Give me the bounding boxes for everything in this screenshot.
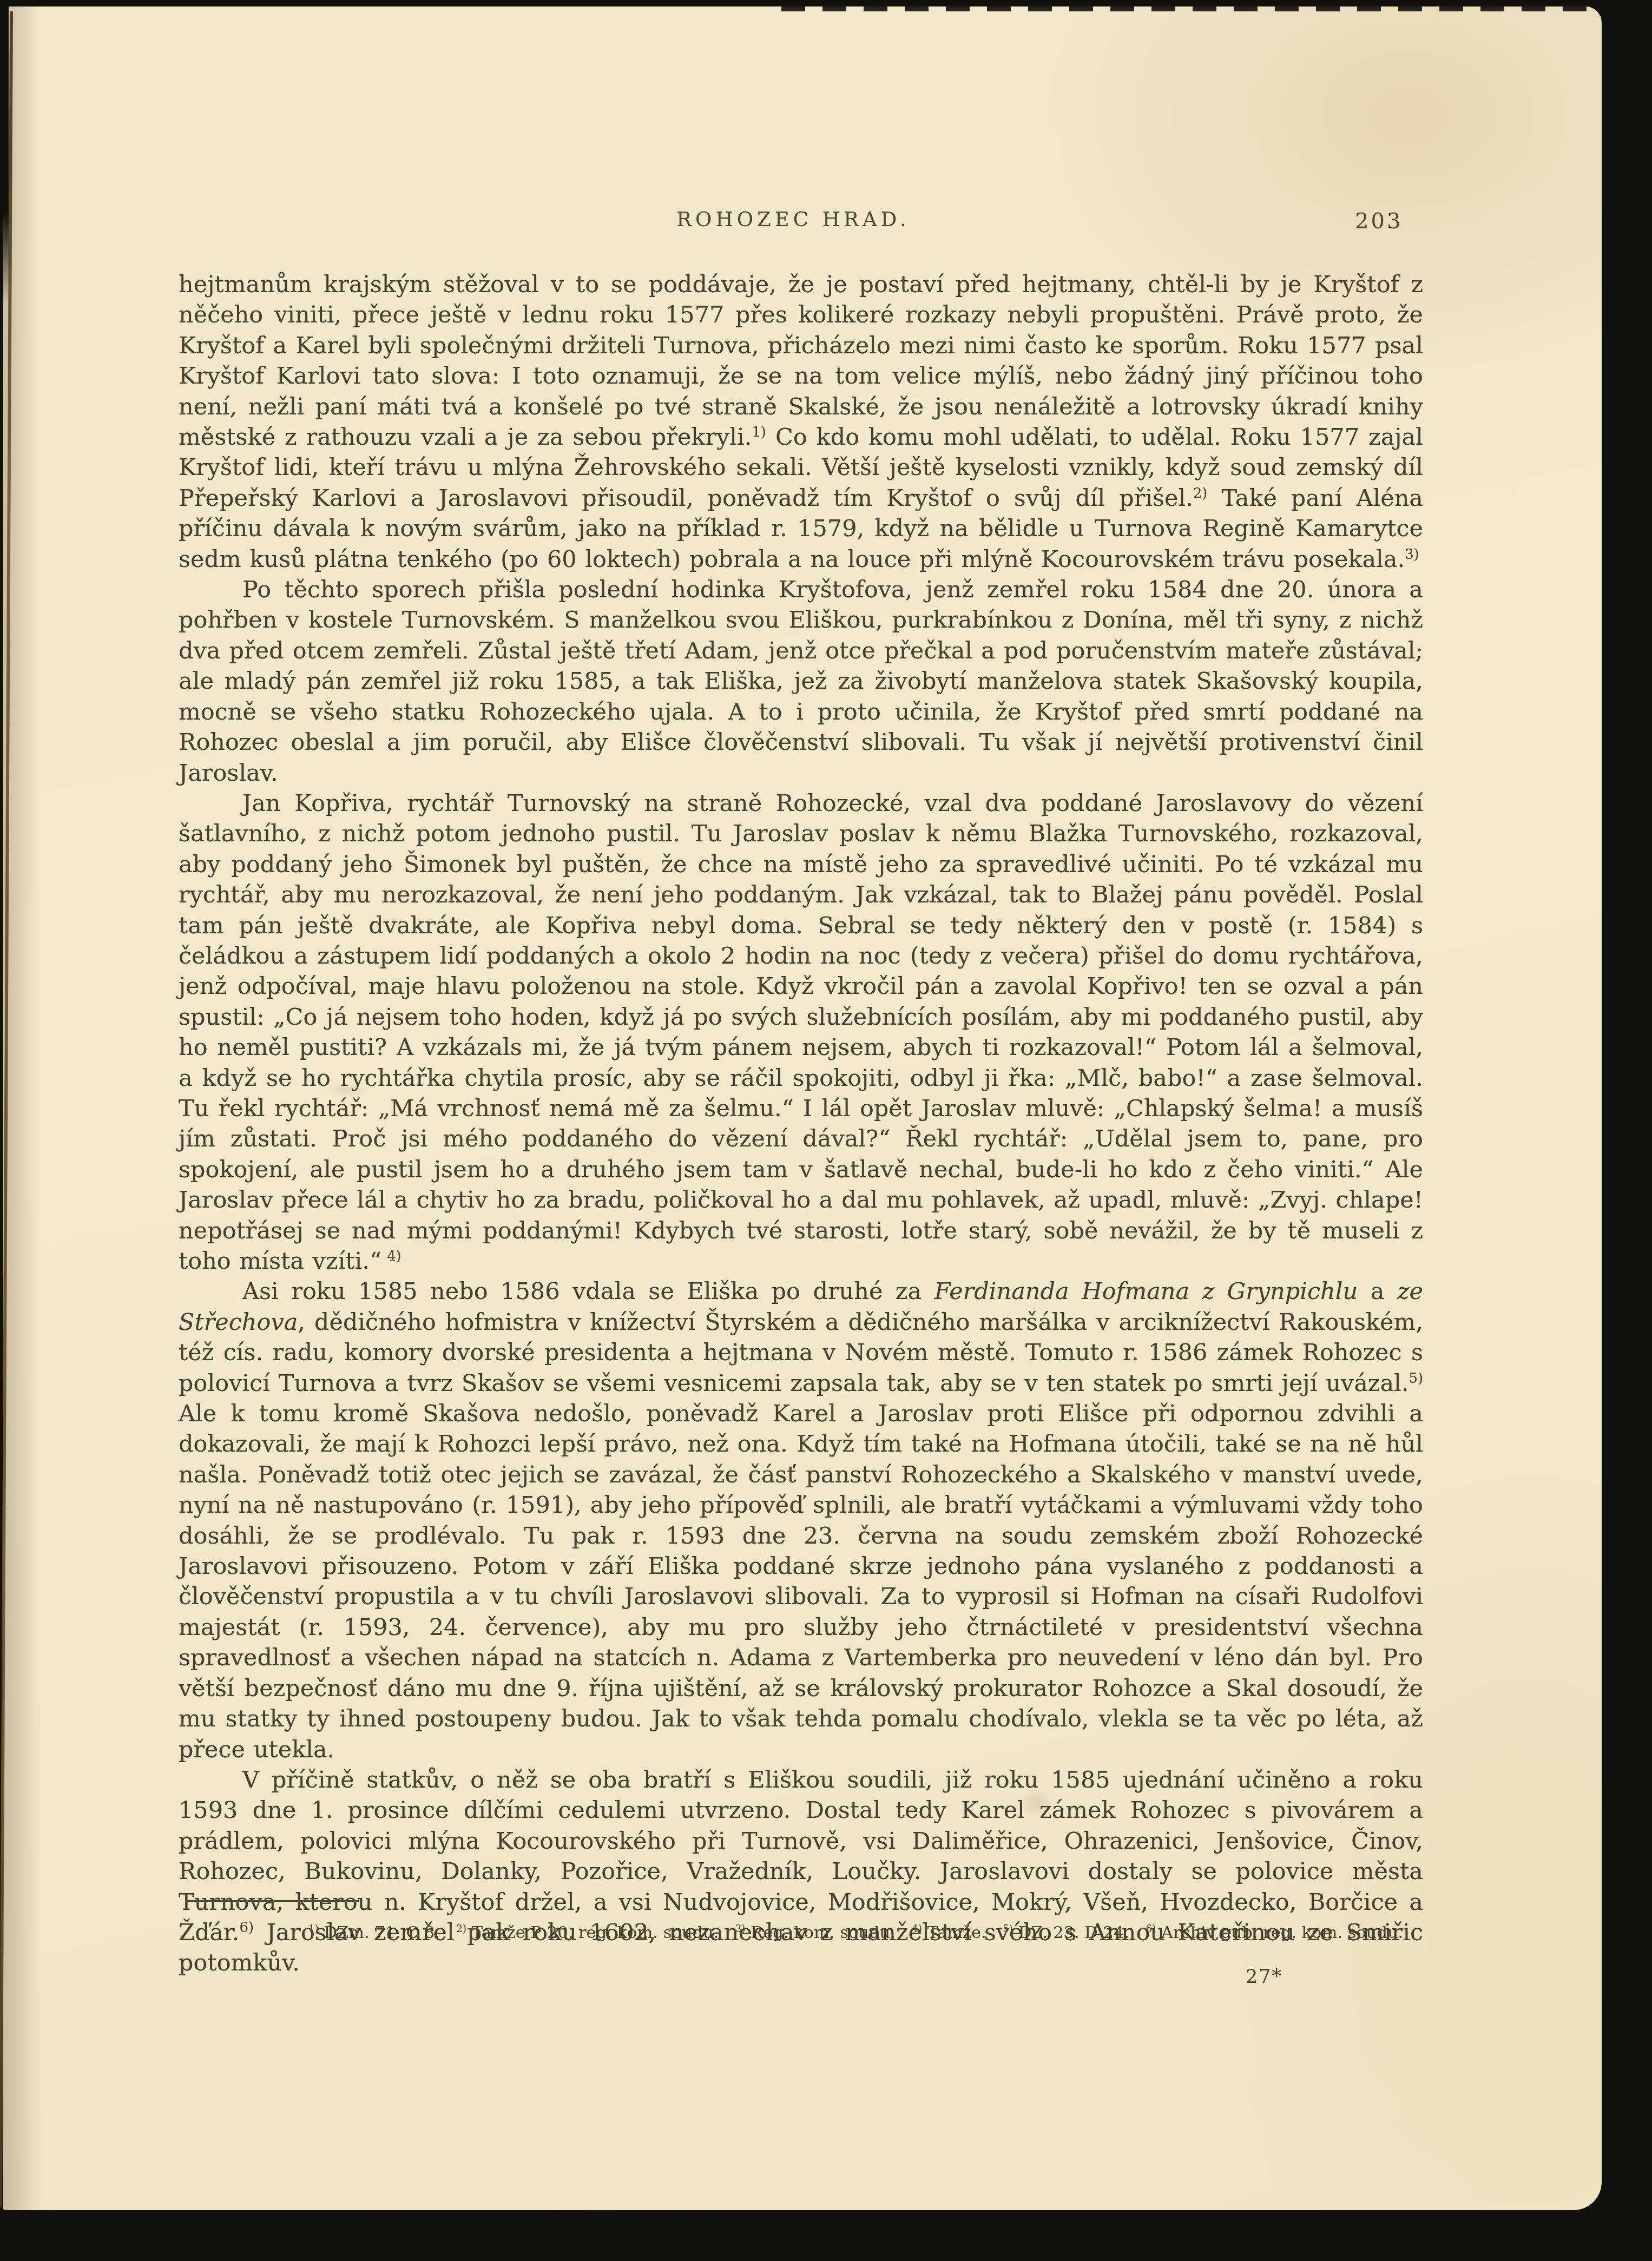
footnote-rule [186,1900,359,1902]
text-run: Jan Kopřiva, rychtář Turnovský na straně… [179,790,1423,1275]
paragraph: hejtmanům krajským stěžoval v to se podd… [179,269,1423,575]
text-run: Asi roku 1585 nebo 1586 vdala se Eliška … [242,1278,934,1305]
paragraph: Asi roku 1585 nebo 1586 vdala se Eliška … [179,1276,1423,1765]
footnote-ref: 2) [456,1923,466,1935]
page-title: ROHOZEC HRAD. [676,208,910,231]
running-head: ROHOZEC HRAD. [171,208,1416,231]
body-text: hejtmanům krajským stěžoval v to se podd… [179,269,1423,1979]
footnotes: 1) DZm. 71. C 8. 2) Tamže P 20, reg. kom… [175,1921,1425,1945]
text-run: a [1358,1278,1397,1305]
footnote-ref: 5) [1409,1370,1423,1386]
footnote-ref: 1) [308,1923,319,1935]
text-run: DZ. 23. D 24. [1013,1923,1146,1942]
footnote-ref: 4) [912,1923,922,1935]
text-run: DZm. 71. C 8. [319,1923,456,1942]
page-number: 203 [1355,209,1403,234]
text-run: Tamže. [922,1923,1003,1942]
footnote-ref: 4) [381,1248,402,1264]
text-run: Po těchto sporech přišla poslední hodink… [179,576,1423,786]
text-run: , dědičného hofmistra v knížectví Štyrsk… [179,1309,1423,1397]
text-run: Reg. kom. soudu. [746,1923,912,1942]
paragraph: Po těchto sporech přišla poslední hodink… [179,575,1423,788]
footnote-ref: 3) [1405,546,1419,562]
footnote-ref: 6) [1146,1923,1156,1935]
paragraph: V příčině statkův, o něž se oba bratří s… [179,1765,1423,1979]
paragraph: Jan Kopřiva, rychtář Turnovský na straně… [179,788,1423,1277]
book-page: ROHOZEC HRAD. 203 hejtmanům krajským stě… [3,6,1602,2210]
text-run: Archiv gub. reg. kom. soudu. [1156,1923,1403,1942]
footnote-ref: 3) [735,1923,746,1935]
scan-edge-artifact-top [781,6,1602,11]
book-scan: ROHOZEC HRAD. 203 hejtmanům krajským stě… [0,0,1652,2261]
text-run: Ferdinanda Hofmana z Grynpichlu [934,1278,1358,1305]
text-run: Ale k tomu kromě Skašova nedošlo, poněva… [179,1400,1423,1763]
scan-edge-artifact-left [0,0,9,303]
footnote-ref: 2) [1193,485,1207,502]
footnote-ref: 1) [752,424,766,440]
text-run: Tamže P 20, reg. kom. soudu. [466,1923,735,1942]
footnote-ref: 5) [1003,1923,1013,1935]
signature-mark: 27* [1246,1966,1282,1988]
